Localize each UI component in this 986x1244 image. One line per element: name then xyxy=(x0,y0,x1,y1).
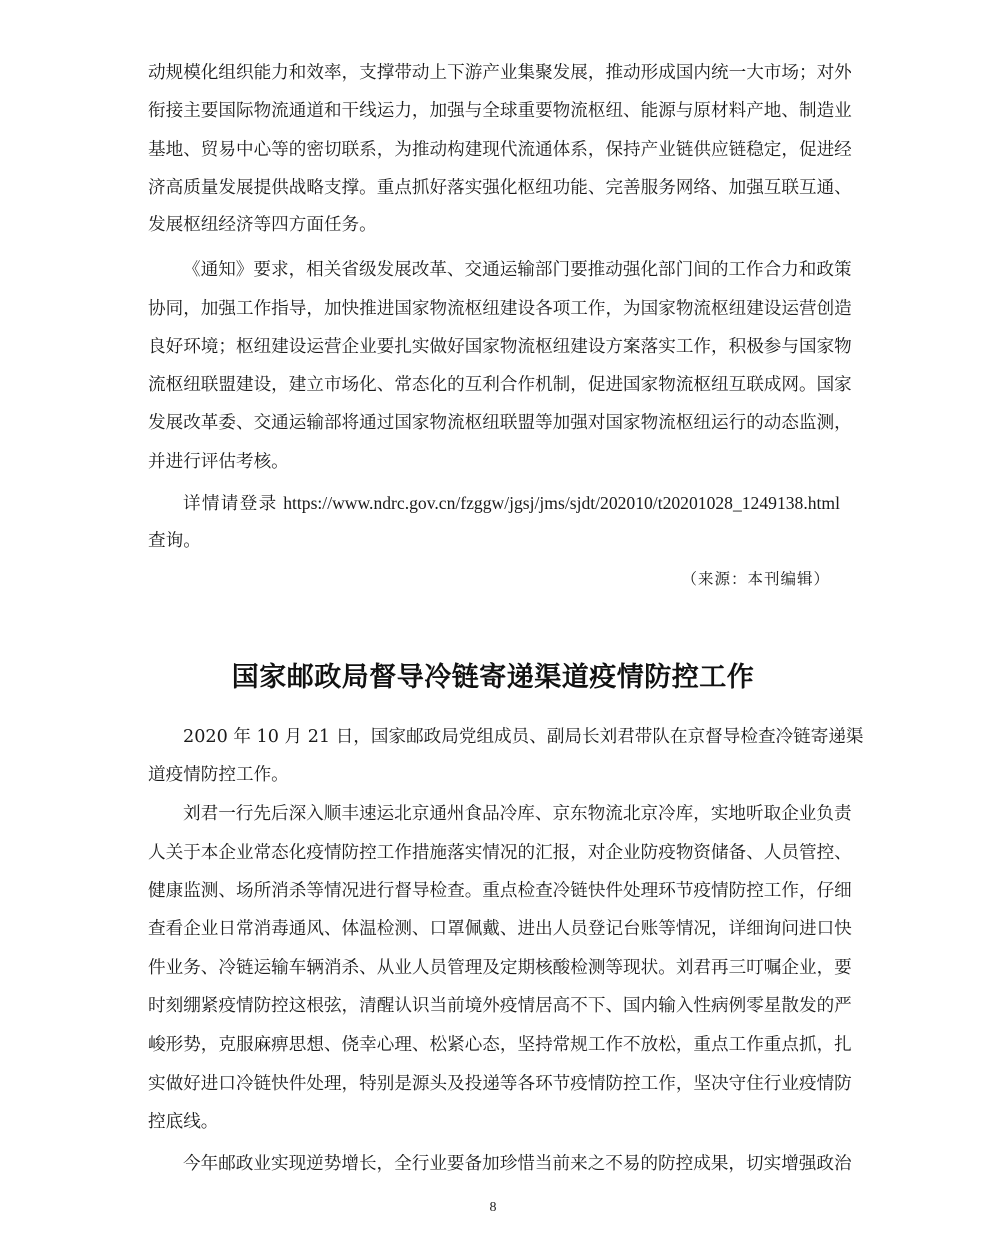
paragraph-line: 良好环境；枢纽建设运营企业要扎实做好国家物流枢纽建设方案落实工作，积极参与国家物 xyxy=(148,336,840,358)
paragraph-line: 并进行评估考核。 xyxy=(148,451,289,473)
paragraph-line: 发展枢纽经济等四方面任务。 xyxy=(148,214,377,236)
paragraph-line: 今年邮政业实现逆势增长，全行业要备加珍惜当前来之不易的防控成果，切实增强政治 xyxy=(183,1153,840,1175)
paragraph-line: 件业务、冷链运输车辆消杀、从业人员管理及定期核酸检测等现状。刘君再三叮嘱企业，要 xyxy=(148,957,840,979)
paragraph-line: 2020 年 10 月 21 日，国家邮政局党组成员、副局长刘君带队在京督导检查… xyxy=(183,726,840,748)
paragraph-line: 健康监测、场所消杀等情况进行督导检查。重点检查冷链快件处理环节疫情防控工作，仔细 xyxy=(148,880,840,902)
paragraph-line: 查询。 xyxy=(148,530,201,552)
paragraph-line: 《通知》要求，相关省级发展改革、交通运输部门要推动强化部门间的工作合力和政策 xyxy=(183,259,840,281)
paragraph-line: 峻形势，克服麻痹思想、侥幸心理、松紧心态，坚持常规工作不放松，重点工作重点抓，扎 xyxy=(148,1034,840,1056)
paragraph-line: 济高质量发展提供战略支撑。重点抓好落实强化枢纽功能、完善服务网络、加强互联互通、 xyxy=(148,177,840,199)
paragraph-line: 控底线。 xyxy=(148,1111,218,1133)
page-number: 8 xyxy=(0,1200,986,1216)
paragraph-line: 实做好进口冷链快件处理，特别是源头及投递等各环节疫情防控工作，坚决守住行业疫情防 xyxy=(148,1073,840,1095)
paragraph-line: 协同，加强工作指导，加快推进国家物流枢纽建设各项工作，为国家物流枢纽建设运营创造 xyxy=(148,298,840,320)
paragraph-line: 道疫情防控工作。 xyxy=(148,764,289,786)
url-line[interactable]: 详情请登录 https://www.ndrc.gov.cn/fzggw/jgsj… xyxy=(183,492,840,514)
paragraph-line: 时刻绷紧疫情防控这根弦，清醒认识当前境外疫情居高不下、国内输入性病例零星散发的严 xyxy=(148,995,840,1017)
paragraph-line: 查看企业日常消毒通风、体温检测、口罩佩戴、进出人员登记台账等情况，详细询问进口快 xyxy=(148,918,840,940)
paragraph-line: 人关于本企业常态化疫情防控工作措施落实情况的汇报，对企业防疫物资储备、人员管控、 xyxy=(148,842,840,864)
source-attribution: （来源：本刊编辑） xyxy=(681,569,830,589)
paragraph-line: 动规模化组织能力和效率，支撑带动上下游产业集聚发展，推动形成国内统一大市场；对外 xyxy=(148,62,840,84)
paragraph-line: 刘君一行先后深入顺丰速运北京通州食品冷库、京东物流北京冷库，实地听取企业负责 xyxy=(183,803,840,825)
paragraph-line: 流枢纽联盟建设，建立市场化、常态化的互利合作机制，促进国家物流枢纽互联成网。国家 xyxy=(148,374,840,396)
paragraph-line: 基地、贸易中心等的密切联系，为推动构建现代流通体系，保持产业链供应链稳定，促进经 xyxy=(148,139,840,161)
article-title: 国家邮政局督导冷链寄递渠道疫情防控工作 xyxy=(0,660,986,696)
paragraph-line: 衔接主要国际物流通道和干线运力，加强与全球重要物流枢纽、能源与原材料产地、制造业 xyxy=(148,100,840,122)
paragraph-line: 发展改革委、交通运输部将通过国家物流枢纽联盟等加强对国家物流枢纽运行的动态监测， xyxy=(148,412,840,434)
